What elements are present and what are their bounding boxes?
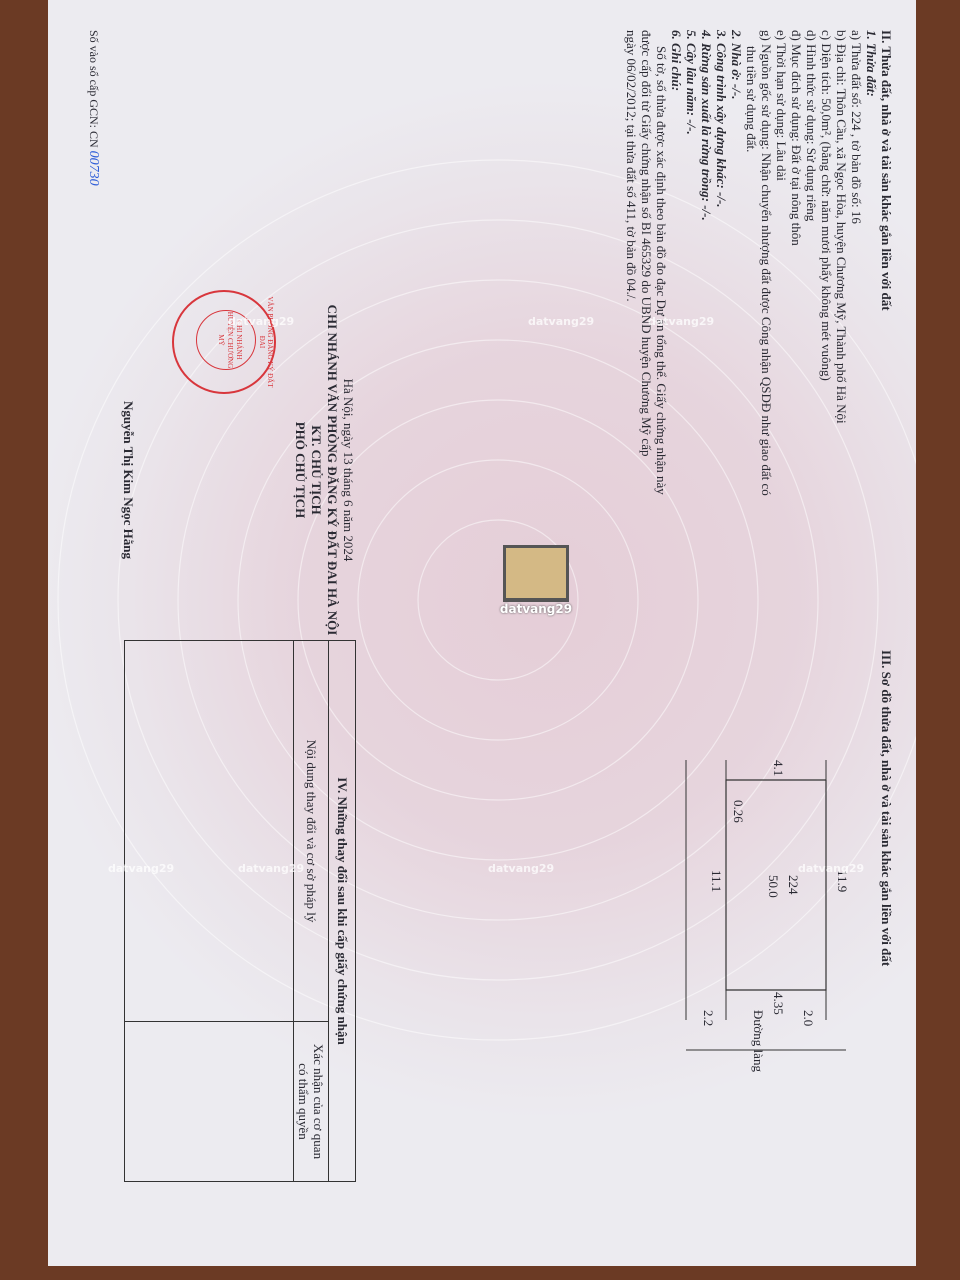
official-stamp: VĂN PHÒNG ĐĂNG KÝ ĐẤT ĐAI CHI NHÁNH HUYỆ…: [172, 290, 276, 394]
area-label: 50.0: [765, 875, 781, 898]
section2-title: II. Thửa đất, nhà ở và tài sản khác gắn …: [879, 30, 894, 650]
road-width-left: 2.2: [700, 1010, 716, 1026]
col-changes: Nội dung thay đổi và cơ sở pháp lý: [293, 641, 328, 1021]
watermark: datvang29: [488, 862, 554, 875]
watermark: datvang29: [648, 315, 714, 328]
dim-corner: 0.26: [730, 800, 746, 823]
other-construction: 3. Công trình xây dựng khác: -/-.: [714, 30, 729, 650]
dim-top: 4.1: [770, 760, 786, 776]
parcel-label: 224: [785, 875, 801, 895]
watermark: datvang29: [528, 315, 594, 328]
road-label: Đường làng: [750, 1010, 766, 1072]
gcn-number: 00730: [86, 151, 101, 186]
plot-diagram: 11.9 11.1 224 50.0 4.35 4.1 0.26 2.0 2.2…: [676, 760, 856, 1090]
house: 2. Nhà ở: -/-.: [729, 30, 744, 650]
use-form: d) Hình thức sử dụng: Sử dụng riêng: [804, 30, 819, 650]
note-line: được cấp đổi từ Giấy chứng nhận số BI 46…: [639, 30, 654, 650]
rotated-content: II. Thửa đất, nhà ở và tài sản khác gắn …: [48, 0, 916, 1266]
use-origin-cont: thu tiền sử dụng đất.: [744, 30, 759, 650]
col-confirmation: Xác nhận của cơ quancó thẩm quyền: [293, 1022, 328, 1181]
building-icon: [503, 545, 569, 602]
certificate-page: II. Thửa đất, nhà ở và tài sản khác gắn …: [48, 0, 916, 1266]
use-origin: g) Nguồn gốc sử dụng: Nhận chuyển nhượng…: [759, 30, 774, 650]
watermark: datvang29: [228, 315, 294, 328]
land-heading: 1. Thửa đất:: [864, 30, 879, 650]
note-line: ngày 06/02/2012; tại thửa đất số 411, tờ…: [624, 30, 639, 650]
stamp-outer-text: VĂN PHÒNG ĐĂNG KÝ ĐẤT ĐAI: [258, 292, 274, 392]
issue-date: Hà Nội, ngày 13 tháng 6 năm 2024: [340, 250, 356, 690]
forest: 4. Rừng sản xuất là rừng trồng: -/-.: [699, 30, 714, 650]
col2-line2: có thẩm quyền: [296, 1044, 311, 1159]
area: c) Diện tích: 50,0m², (bằng chữ: năm mươ…: [819, 30, 834, 650]
notes-heading: 6. Ghi chú:: [669, 30, 684, 650]
watermark-logo: datvang29: [476, 545, 596, 615]
logo-text: datvang29: [476, 602, 596, 616]
dim-bottom: 4.35: [770, 992, 786, 1015]
gcn-register: Số vào sổ cấp GCN: CN 00730: [85, 30, 101, 186]
road-width-right: 2.0: [800, 1010, 816, 1026]
note-line: Số tờ, số thửa được xác định theo bản đồ…: [654, 30, 669, 650]
signer-role: KT. CHỦ TỊCH: [308, 250, 324, 690]
signer-name: Nguyễn Thị Kim Ngọc Hằng: [120, 270, 136, 690]
dim-left: 11.1: [708, 870, 724, 892]
perennial-trees: 5. Cây lâu năm: -/-.: [684, 30, 699, 650]
use-purpose: đ) Mục đích sử dụng: Đất ở tại nông thôn: [789, 30, 804, 650]
col2-line1: Xác nhận của cơ quan: [311, 1044, 326, 1159]
section4-title: IV. Những thay đổi sau khi cấp giấy chứn…: [328, 641, 355, 1181]
watermark: datvang29: [798, 862, 864, 875]
gcn-label: Số vào sổ cấp GCN: CN: [87, 30, 101, 148]
parcel-number: a) Thửa đất số: 224 , tờ bản đồ số: 16: [849, 30, 864, 650]
address: b) Địa chỉ: Thôn Cầu, xã Ngọc Hòa, huyện…: [834, 30, 849, 650]
section3-title: III. Sơ đồ thửa đất, nhà ở và tài sản kh…: [878, 650, 894, 966]
watermark: datvang29: [108, 862, 174, 875]
signer-title: PHÓ CHỦ TỊCH: [292, 250, 308, 690]
changes-table: IV. Những thay đổi sau khi cấp giấy chứn…: [124, 640, 356, 1182]
signature-block: Hà Nội, ngày 13 tháng 6 năm 2024 CHI NHÁ…: [292, 250, 356, 690]
use-term: e) Thời hạn sử dụng: Lâu dài: [774, 30, 789, 650]
watermark: datvang29: [238, 862, 304, 875]
plot-outline: [676, 760, 856, 1090]
issuing-org: CHI NHÁNH VĂN PHÒNG ĐĂNG KÝ ĐẤT ĐAI HÀ N…: [324, 250, 340, 690]
section-land-info: II. Thửa đất, nhà ở và tài sản khác gắn …: [624, 30, 894, 650]
